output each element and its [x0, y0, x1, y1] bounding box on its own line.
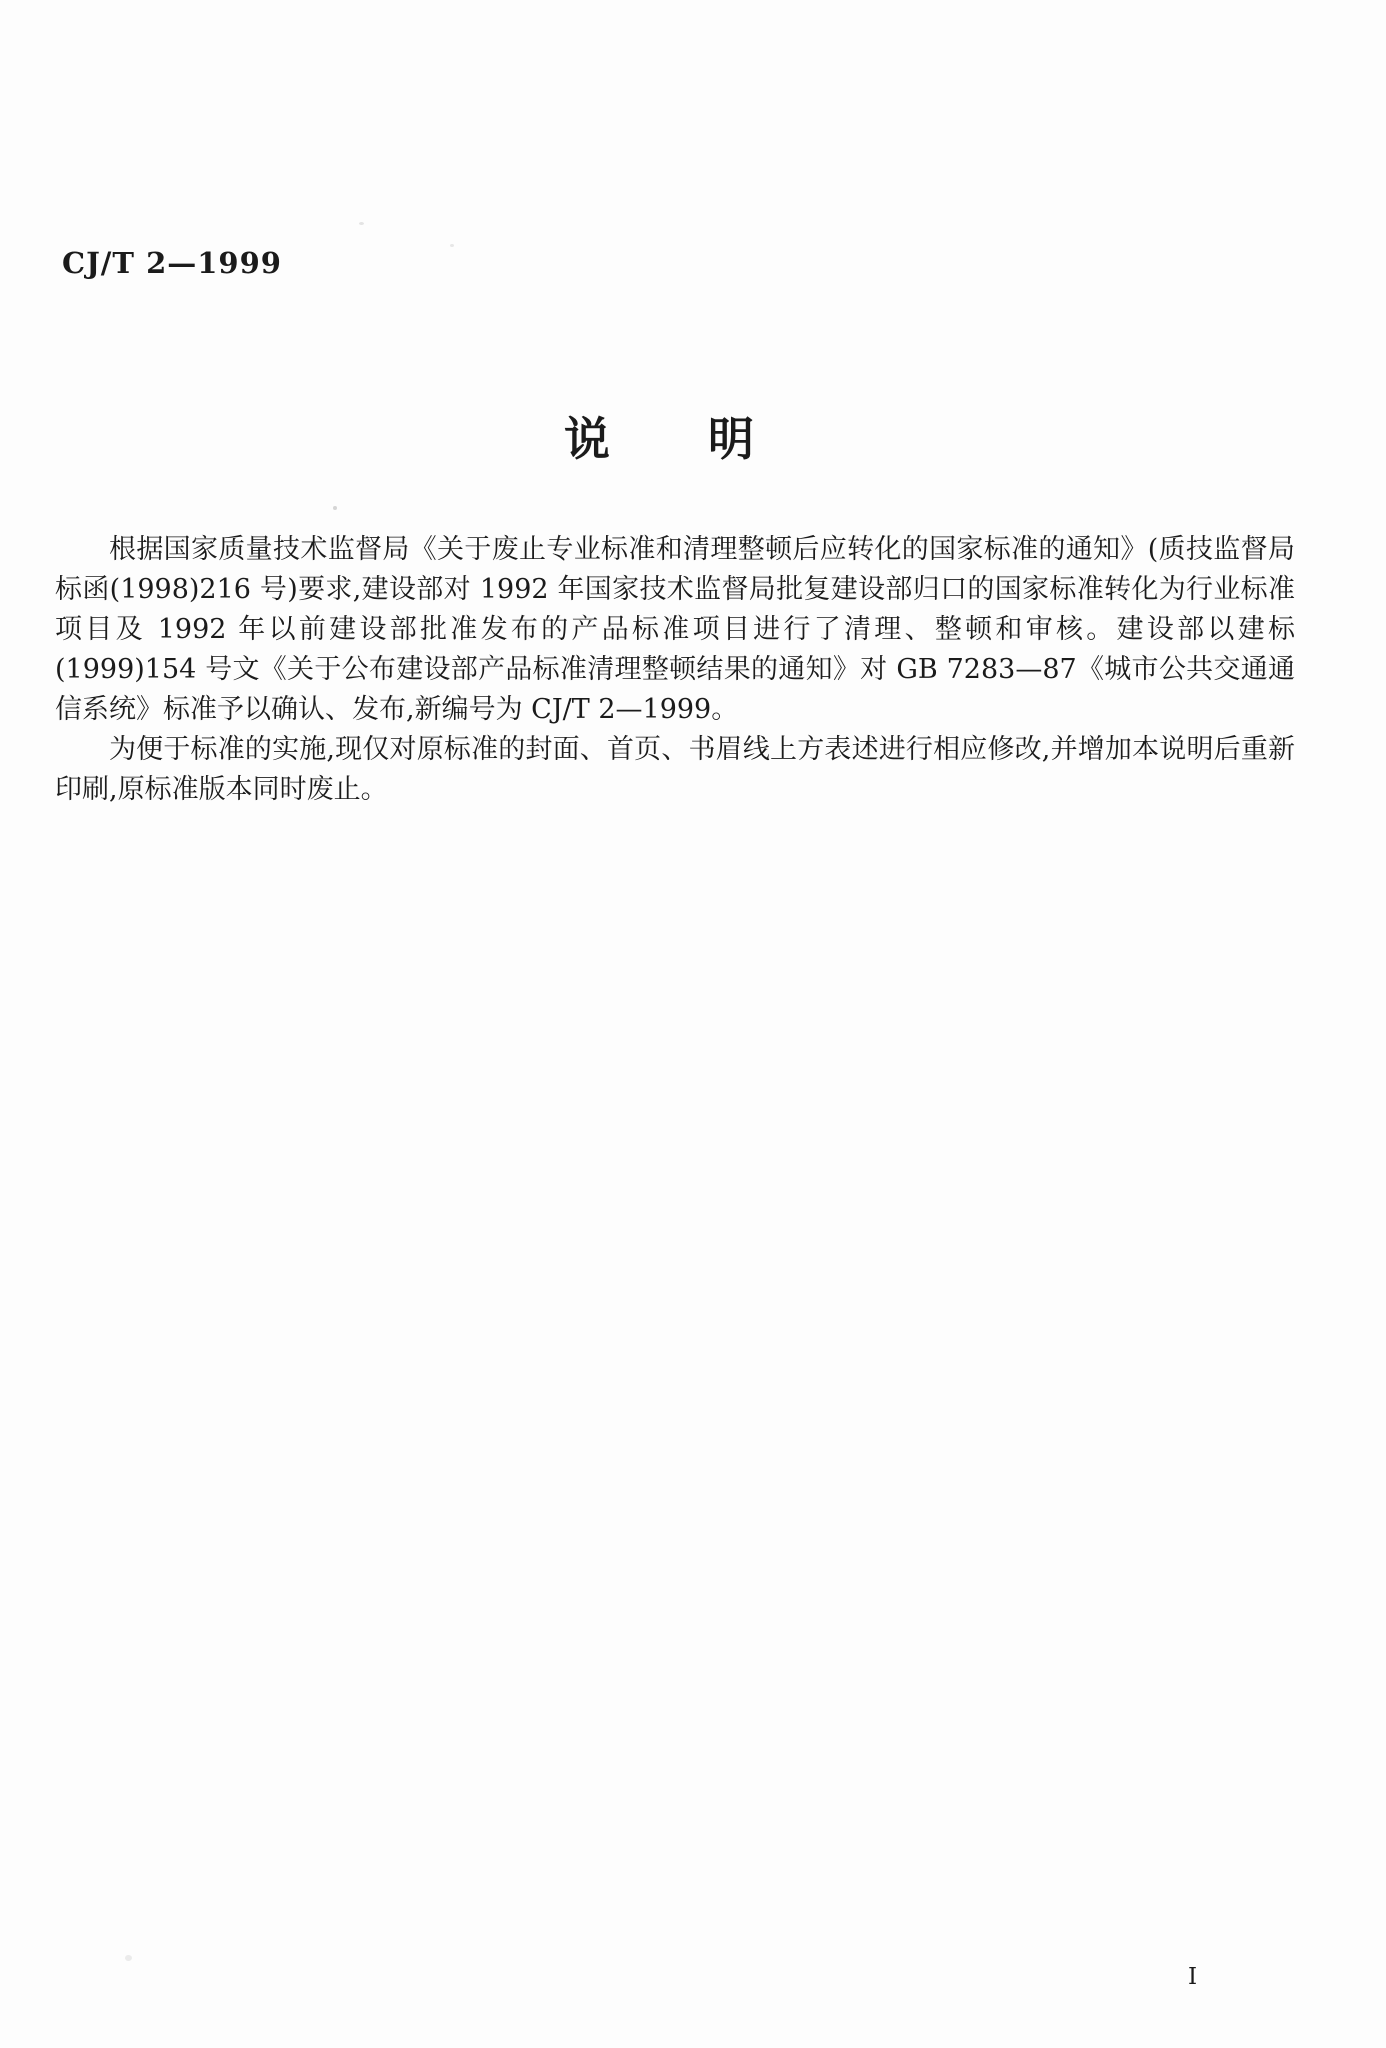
scan-artifact [125, 1955, 132, 1961]
page-title: 说 明 [0, 414, 1320, 465]
document-page: CJ/T 2—1999 说 明 根据国家质量技术监督局《关于废止专业标准和清理整… [0, 0, 1386, 2048]
document-standard-number: CJ/T 2—1999 [62, 246, 282, 280]
scan-artifact [333, 506, 337, 510]
page-number: I [1188, 1966, 1197, 1989]
document-body: 根据国家质量技术监督局《关于废止专业标准和清理整顿后应转化的国家标准的通知》(质… [55, 530, 1295, 810]
paragraph-1: 根据国家质量技术监督局《关于废止专业标准和清理整顿后应转化的国家标准的通知》(质… [55, 530, 1295, 730]
paragraph-2: 为便于标准的实施,现仅对原标准的封面、首页、书眉线上方表述进行相应修改,并增加本… [55, 730, 1295, 810]
scan-artifact [450, 244, 454, 247]
scan-artifact [359, 222, 364, 225]
